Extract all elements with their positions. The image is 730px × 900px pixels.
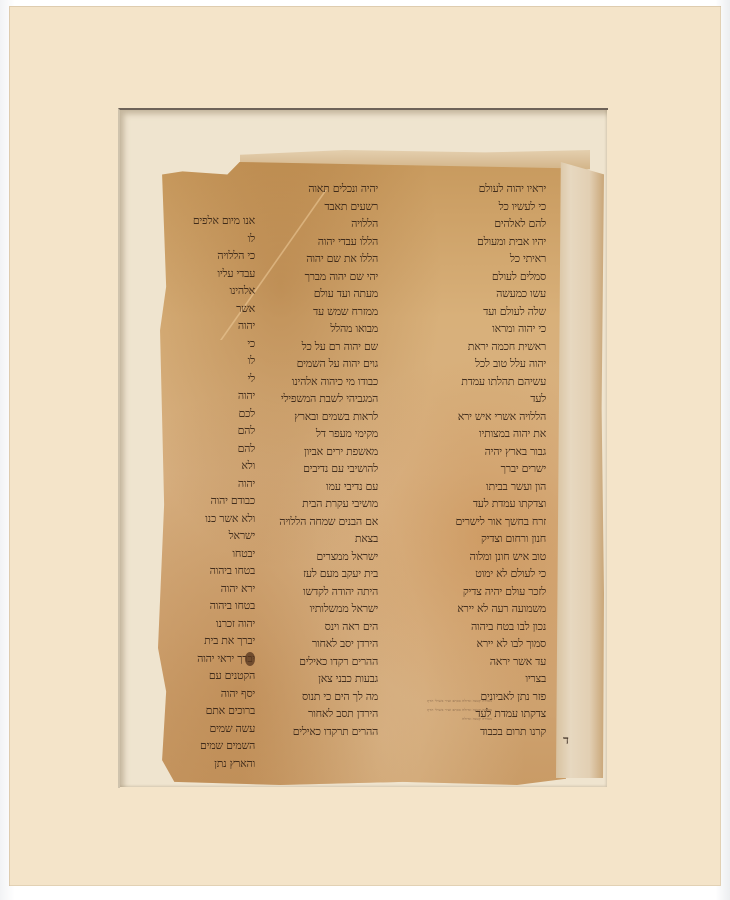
manuscript-line: מאשפת ירים אביון	[270, 443, 378, 461]
manuscript-line: הללו את שם יהוה	[270, 250, 378, 268]
manuscript-line: גבעות כבני צאן	[270, 670, 378, 688]
manuscript-line: קרנו תרום בכבוד	[398, 723, 546, 741]
manuscript-line: יברך את בית	[163, 632, 255, 650]
manuscript-line: המגביהי לשבת המשפילי	[270, 390, 378, 408]
manuscript-line: יהוה	[163, 387, 255, 405]
manuscript-line: יהוה עלל טוב לכל	[398, 355, 546, 373]
manuscript-line: מעתה ועד עולם	[270, 285, 378, 303]
manuscript-line: את יהוה במצותיו	[398, 425, 546, 443]
manuscript-line: גוים יהוה על השמים	[270, 355, 378, 373]
manuscript-line: כי לעשיו כל	[398, 198, 546, 216]
manuscript-line: ישראל	[163, 527, 255, 545]
manuscript-line: ירא יהוה	[163, 580, 255, 598]
manuscript-line: ההרים רקדו כאילים	[270, 653, 378, 671]
text-column-right: יראיו יהוה לעולםכי לעשיו כללהם לאלהיםיהי…	[398, 180, 546, 740]
manuscript-line: ההרים תרקדו כאילים	[270, 723, 378, 741]
manuscript-line: סמלים לעולם	[398, 268, 546, 286]
manuscript-line: הללויה אשרי איש ירא	[398, 408, 546, 426]
manuscript-line: בצריו	[398, 670, 546, 688]
text-column-middle: יהיה ונכלים תאוהרשעים תאבדהללויההללו עבד…	[270, 180, 378, 740]
manuscript-line: הים ראה וינס	[270, 618, 378, 636]
manuscript-line: יהי שם יהוה מברך	[270, 268, 378, 286]
manuscript-line: יברך יראי יהוה	[163, 650, 255, 668]
manuscript-line: לראות בשמים ובארץ	[270, 408, 378, 426]
manuscript-line: לכם	[163, 405, 255, 423]
margin-letter: ד	[563, 733, 569, 748]
manuscript-line: יהוה זכרנו	[163, 615, 255, 633]
manuscript-line: כי יהוה ומראו	[398, 320, 546, 338]
manuscript-line: אם הבנים שמחה הללויה	[270, 513, 378, 531]
manuscript-line: להם	[163, 422, 255, 440]
manuscript-line: בטחו ביהוה	[163, 597, 255, 615]
manuscript-line: עבדי עליו	[163, 265, 255, 283]
manuscript-line: להם	[163, 440, 255, 458]
manuscript-line: עשיהם תהלתו עמדת	[398, 373, 546, 391]
manuscript-line: כבודם יהוה	[163, 492, 255, 510]
manuscript-line: עד אשר יראה	[398, 653, 546, 671]
masora-line: מסורה קטנה וגדולה	[162, 714, 492, 723]
manuscript-line: עשו כמעשה	[398, 285, 546, 303]
masora-line: מסורה קטנה וגדולה בכתב זעיר בשולי הדף	[162, 705, 492, 714]
manuscript-line: הללויה	[270, 215, 378, 233]
manuscript-line: מקימי מעפר דל	[270, 425, 378, 443]
manuscript-line: וצדקתו עמדת לעד	[398, 495, 546, 513]
manuscript-line: כי הללויה	[163, 247, 255, 265]
manuscript-line: ולא	[163, 457, 255, 475]
manuscript-line: עם נדיבי עמו	[270, 478, 378, 496]
masora-notes: מסורה קטנה וגדולה בכתב זעיר בשולי הדףמסו…	[162, 696, 492, 723]
manuscript-line: טוב איש חונן ומלוה	[398, 548, 546, 566]
manuscript-line: לו	[163, 352, 255, 370]
manuscript-line: ראיתי כל	[398, 250, 546, 268]
manuscript-line: ישראל ממשלותיו	[270, 600, 378, 618]
manuscript-line: ולא אשר כנו	[163, 510, 255, 528]
manuscript-line: בצאת	[270, 530, 378, 548]
manuscript-line: להושיבי עם נדיבים	[270, 460, 378, 478]
manuscript-line: יהיה ונכלים תאוה	[270, 180, 378, 198]
manuscript-line: מבואו מהלל	[270, 320, 378, 338]
manuscript-line: יהוה	[163, 475, 255, 493]
manuscript-line: משמועה רעה לא יירא	[398, 600, 546, 618]
manuscript-line: אשר	[163, 300, 255, 318]
manuscript-line: אלהינו	[163, 282, 255, 300]
manuscript-line: הללו עבדי יהוה	[270, 233, 378, 251]
manuscript-line: סמוך לבו לא יירא	[398, 635, 546, 653]
manuscript-line: כי	[163, 335, 255, 353]
manuscript-line: בטחו ביהוה	[163, 562, 255, 580]
manuscript-line: ממזרח שמש עד	[270, 303, 378, 321]
manuscript-line: השמים שמים	[163, 737, 255, 755]
manuscript-line: ראשית חכמה יראת	[398, 338, 546, 356]
manuscript-line: יראיו יהוה לעולם	[398, 180, 546, 198]
manuscript-line: היתה יהודה לקדשו	[270, 583, 378, 601]
manuscript-line: יהוה	[163, 317, 255, 335]
ink-stain	[245, 652, 255, 666]
manuscript-line: להם לאלהים	[398, 215, 546, 233]
manuscript-line: יבטחו	[163, 545, 255, 563]
parchment-right-margin	[556, 162, 604, 778]
manuscript-line: כבודו מי כיהוה אלהינו	[270, 373, 378, 391]
manuscript-line: מושיבי עקרת הבית	[270, 495, 378, 513]
manuscript-line: אנו מיום אלפים	[163, 212, 255, 230]
manuscript-line: כי לעולם לא ימוט	[398, 565, 546, 583]
manuscript-line: לזכר עולם יהיה צדיק	[398, 583, 546, 601]
manuscript-line: לו	[163, 230, 255, 248]
manuscript-line: ישראל ממצרים	[270, 548, 378, 566]
manuscript-line: הון ועשר בביתו	[398, 478, 546, 496]
manuscript-line: בית יעקב מעם לעז	[270, 565, 378, 583]
masora-line: מסורה קטנה וגדולה בכתב זעיר בשולי הדף	[162, 696, 492, 705]
manuscript-line: והארץ נתן	[163, 755, 255, 773]
manuscript-line: חנון ורחום וצדיק	[398, 530, 546, 548]
manuscript-line: הירדן יסב לאחור	[270, 635, 378, 653]
manuscript-line: שם יהוה רם על כל	[270, 338, 378, 356]
manuscript-line: לעד	[398, 390, 546, 408]
manuscript-line: נכון לבו בטח ביהוה	[398, 618, 546, 636]
text-column-left: אנו מיום אלפיםלוכי הללויהעבדי עליואלהינו…	[163, 212, 255, 772]
manuscript-line: ישרים יברך	[398, 460, 546, 478]
manuscript-line: יהיו אבית ומעולם	[398, 233, 546, 251]
manuscript-line: גבור בארץ יהיה	[398, 443, 546, 461]
manuscript-line: הקטנים עם	[163, 667, 255, 685]
manuscript-line: שלה לעולם ועד	[398, 303, 546, 321]
manuscript-line: זרח בחשך אור לישרים	[398, 513, 546, 531]
manuscript-line: לי	[163, 370, 255, 388]
manuscript-line: רשעים תאבד	[270, 198, 378, 216]
